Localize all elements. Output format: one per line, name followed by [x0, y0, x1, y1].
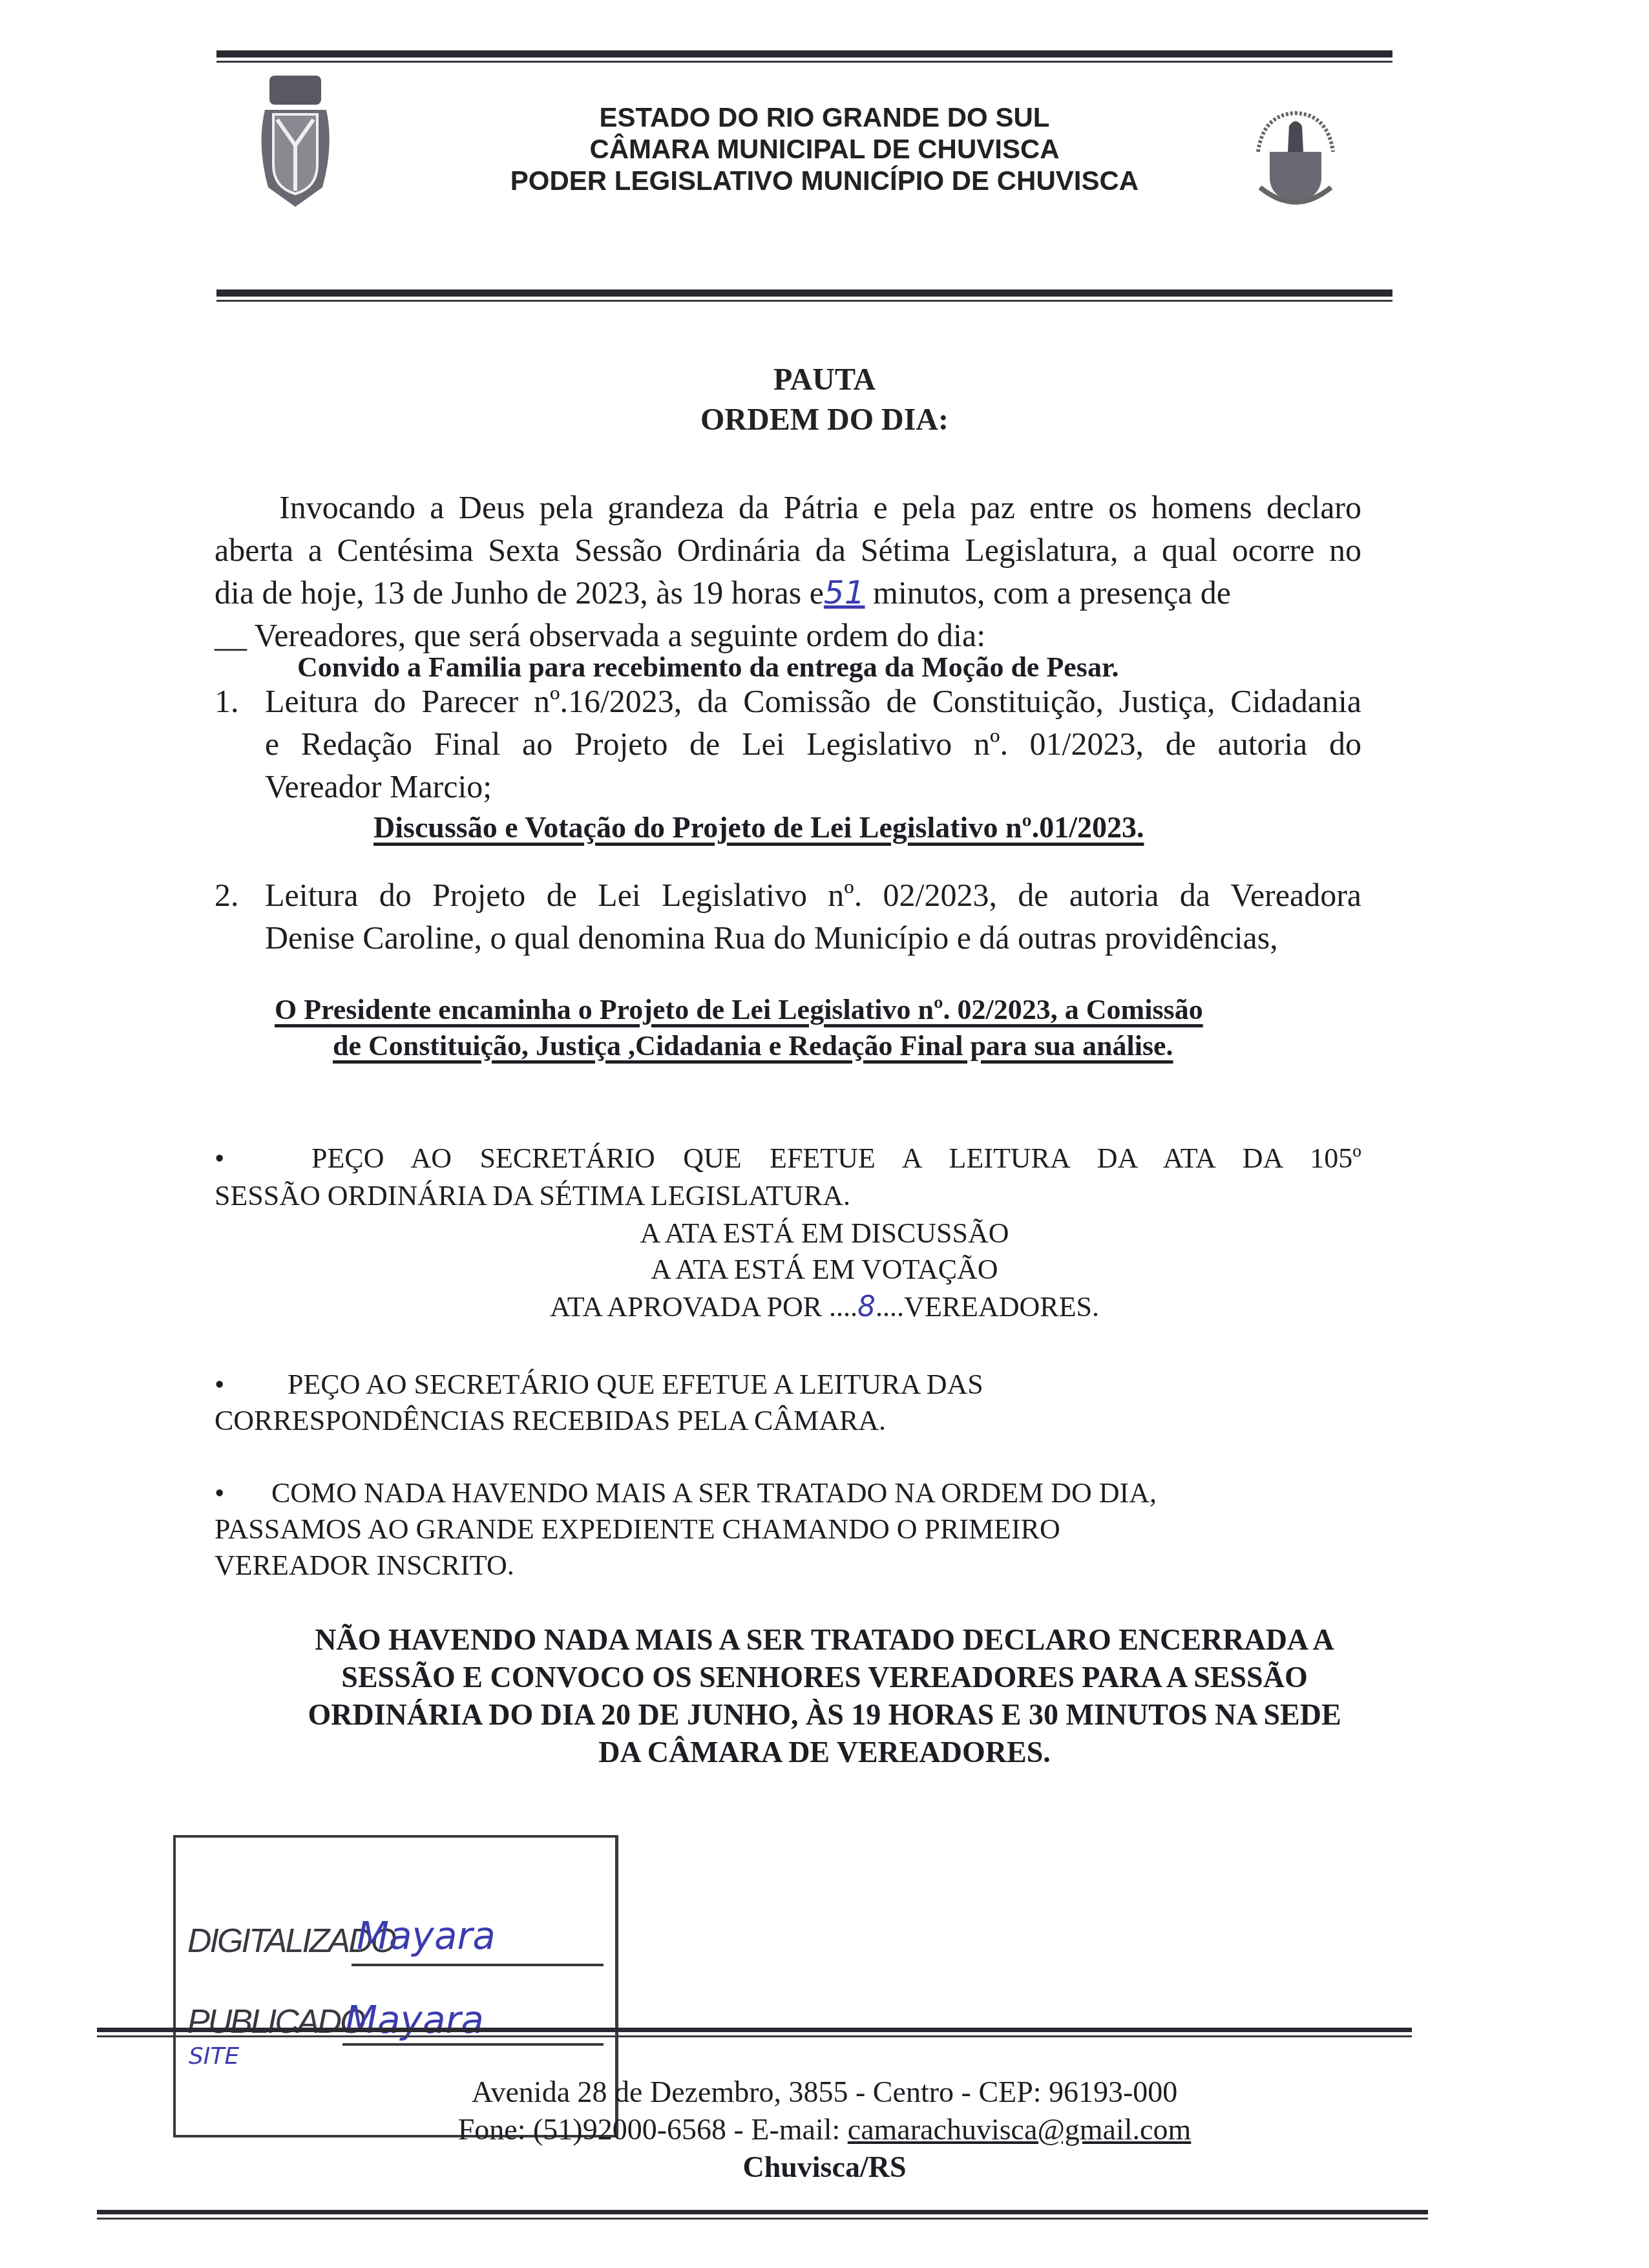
closing-line-3: ORDINÁRIA DO DIA 20 DE JUNHO, ÀS 19 HORA… [0, 1694, 1649, 1736]
item-2-line-2: Denise Caroline, o qual denomina Rua do … [265, 916, 1278, 959]
intro-line-3: dia de hoje, 13 de Junho de 2023, às 19 … [215, 571, 1231, 614]
intro-line-3-start: dia de hoje, 13 de Junho de 2023, às 19 … [215, 574, 824, 611]
footer-bottom-rule [97, 2210, 1428, 2220]
header-bottom-rule [216, 289, 1392, 302]
item-2-number: 2. [215, 874, 239, 916]
footer-address: Avenida 28 de Dezembro, 3855 - Centro - … [0, 2074, 1649, 2110]
bullet-2-line-2: CORRESPONDÊNCIAS RECEBIDAS PELA CÂMARA. [215, 1400, 886, 1442]
closing-line-2: SESSÃO E CONVOCO OS SENHORES VEREADORES … [0, 1656, 1649, 1699]
item-1-line-1: Leitura do Parecer nº.16/2023, da Comiss… [265, 680, 1361, 722]
header-top-rule [216, 50, 1392, 63]
stamp-digitalizado-line [352, 1964, 604, 1966]
item-1-action: Discussão e Votação do Projeto de Lei Le… [373, 806, 1144, 849]
footer-top-rule [97, 2028, 1412, 2037]
bullet-1-line-2: SESSÃO ORDINÁRIA DA SÉTIMA LEGISLATURA. [215, 1175, 850, 1217]
page-subtitle: ORDEM DO DIA: [0, 402, 1649, 437]
closing-line-1: NÃO HAVENDO NADA MAIS A SER TRATADO DECL… [0, 1619, 1649, 1661]
closing-line-4: DA CÂMARA DE VEREADORES. [0, 1731, 1649, 1774]
intro-line-1: Invocando a Deus pela grandeza da Pátria… [279, 486, 1361, 529]
stamp-publicado-line [342, 2043, 604, 2046]
header-chamber: CÂMARA MUNICIPAL DE CHUVISCA [0, 134, 1649, 164]
header-legislative: PODER LEGISLATIVO MUNICÍPIO DE CHUVISCA [0, 165, 1649, 196]
item-1-number: 1. [215, 680, 239, 722]
handwritten-vote-count: 8 [857, 1290, 876, 1323]
bullet-1-dot: • [215, 1137, 224, 1180]
footer-contact: Fone: (51)92000-6568 - E-mail: camarachu… [0, 2112, 1649, 2148]
stamp-digitalizado-signature: Mayara [357, 1914, 496, 1958]
intro-line-2: aberta a Centésima Sexta Sessão Ordinári… [215, 529, 1361, 571]
ata-approved-end: ....VEREADORES. [876, 1291, 1099, 1323]
item-1-line-3: Vereador Marcio; [265, 765, 492, 808]
bullet-3-line-3: VEREADOR INSCRITO. [215, 1544, 514, 1587]
stamp-note: SITE [189, 2043, 239, 2070]
intro-line-3-end: minutos, com a presença de [865, 574, 1230, 611]
ata-approved: ATA APROVADA POR ....8....VEREADORES. [0, 1286, 1649, 1328]
footer-phone: Fone: (51)92000-6568 - E-mail: [458, 2113, 848, 2146]
item-2-action-line-2: de Constituição, Justiça ,Cidadania e Re… [333, 1025, 1173, 1067]
bullet-1-line-1: PEÇO AO SECRETÁRIO QUE EFETUE A LEITURA … [311, 1137, 1361, 1180]
footer-city: Chuvisca/RS [0, 2149, 1649, 2185]
page-title: PAUTA [0, 362, 1649, 397]
camara-seal-icon [1250, 107, 1341, 210]
item-2-line-1: Leitura do Projeto de Lei Legislativo nº… [265, 874, 1361, 916]
header-state: ESTADO DO RIO GRANDE DO SUL [0, 102, 1649, 132]
ata-approved-start: ATA APROVADA POR .... [550, 1291, 857, 1323]
footer-email-link[interactable]: camarachuvisca@gmail.com [848, 2113, 1192, 2146]
handwritten-minutes: 51 [824, 574, 865, 611]
ata-voting: A ATA ESTÁ EM VOTAÇÃO [0, 1248, 1649, 1291]
item-1-line-2: e Redação Final ao Projeto de Lei Legisl… [265, 722, 1361, 765]
